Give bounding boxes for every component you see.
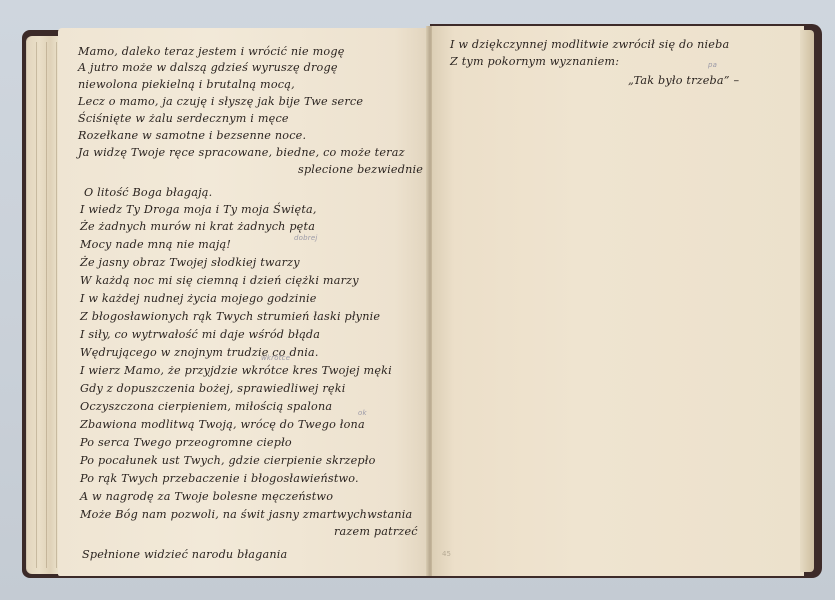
page-number-mark: 45	[442, 550, 451, 558]
handwritten-line: I w dziękczynnej modlitwie zwrócił się d…	[450, 38, 729, 51]
open-notebook: Mamo, daleko teraz jestem i wrócić nie m…	[0, 0, 835, 600]
right-page-text: I w dziękczynnej modlitwie zwrócił się d…	[440, 30, 800, 570]
handwritten-line: I wiedz Ty Droga moja i Ty moja Święta,	[80, 203, 317, 216]
pencil-annotation: wkrótce	[261, 354, 290, 362]
handwritten-line: Może Bóg nam pozwoli, na świt jasny zmar…	[80, 508, 412, 521]
handwritten-line: Zbawiona modlitwą Twoją, wrócę do Twego …	[80, 418, 365, 431]
page-stack-right	[800, 30, 814, 572]
handwritten-line: Mamo, daleko teraz jestem i wrócić nie m…	[78, 45, 345, 58]
handwritten-line: O litość Boga błagają.	[84, 186, 212, 199]
handwritten-line: Mocy nade mną nie mają!	[80, 238, 231, 251]
handwritten-line: niewolona piekielną i brutalną mocą,	[78, 78, 295, 91]
handwritten-line: Że jasny obraz Twojej słodkiej twarzy	[80, 256, 300, 269]
handwritten-line: Po rąk Twych przebaczenie i błogosławień…	[80, 472, 359, 485]
handwritten-line: Z tym pokornym wyznaniem:	[450, 55, 619, 68]
handwritten-line: A jutro może w dalszą gdzieś wyruszę dro…	[78, 61, 338, 74]
handwritten-line: Rozełkane w samotne i bezsenne noce.	[78, 129, 306, 142]
handwritten-line: razem patrzeć	[334, 525, 418, 538]
handwritten-line: Gdy z dopuszczenia bożej, sprawiedliwej …	[80, 382, 345, 395]
right-page: I w dziękczynnej modlitwie zwrócił się d…	[432, 26, 804, 576]
handwritten-line: Ściśnięte w żalu serdecznym i męce	[78, 112, 289, 125]
handwritten-line: Że żadnych murów ni krat żadnych pęta	[80, 220, 315, 233]
pencil-annotation: dobrej	[294, 234, 318, 242]
pencil-annotation: pa	[708, 61, 717, 69]
handwritten-line: Lecz o mamo, ja czuję i słyszę jak bije …	[78, 95, 363, 108]
handwritten-line: Ja widzę Twoje ręce spracowane, biedne, …	[78, 146, 405, 159]
pencil-annotation: ok	[358, 409, 367, 417]
handwritten-line: Spełnione widzieć narodu błagania	[82, 548, 287, 561]
handwritten-line: I wierz Mamo, że przyjdzie wkrótce kres …	[80, 364, 392, 377]
handwritten-line: I siły, co wytrwałość mi daje wśród błąd…	[80, 328, 320, 341]
left-page-text: Mamo, daleko teraz jestem i wrócić nie m…	[68, 34, 428, 574]
handwritten-line: Po serca Twego przeogromne ciepło	[80, 436, 292, 449]
handwritten-line: „Tak było trzeba” –	[628, 74, 739, 87]
handwritten-line: Z błogosławionych rąk Twych strumień łas…	[80, 310, 380, 323]
handwritten-line: Oczyszczona cierpieniem, miłością spalon…	[80, 400, 332, 413]
handwritten-line: W każdą noc mi się ciemną i dzień ciężki…	[80, 274, 359, 287]
handwritten-line: I w każdej nudnej życia mojego godzinie	[80, 292, 317, 305]
handwritten-line: Po pocałunek ust Twych, gdzie cierpienie…	[80, 454, 376, 467]
left-page: Mamo, daleko teraz jestem i wrócić nie m…	[58, 28, 432, 576]
handwritten-line: A w nagrodę za Twoje bolesne męczeństwo	[80, 490, 333, 503]
handwritten-line: splecione bezwiednie	[298, 163, 423, 176]
